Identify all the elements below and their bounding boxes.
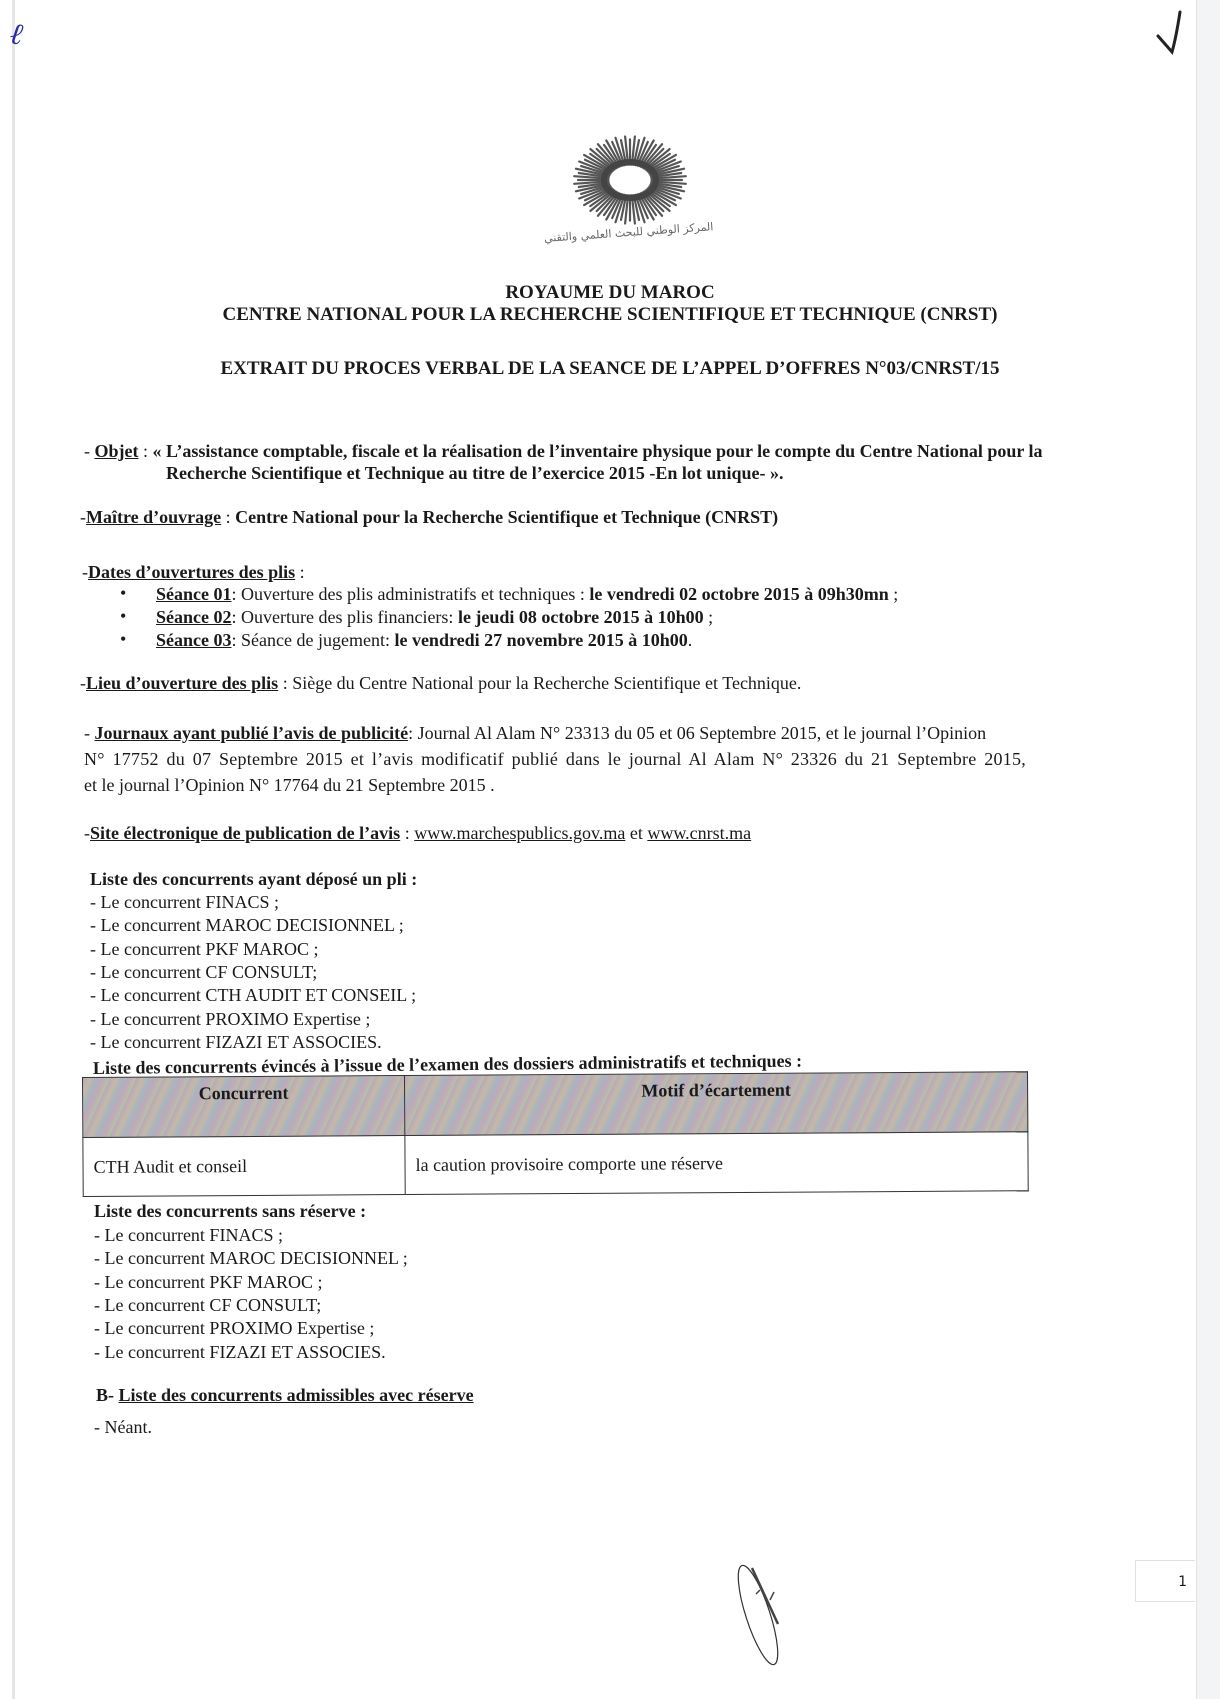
journaux-line2: N° 17752 du 07 Septembre 2015 et l’avis … xyxy=(84,748,1026,770)
list-item: - Le concurrent CF CONSULT; xyxy=(90,961,317,983)
scan-page-edge-left xyxy=(12,0,15,1699)
objet-section: - Objet : « L’assistance comptable, fisc… xyxy=(84,440,1043,462)
list-item: - Le concurrent FINACS ; xyxy=(94,1224,283,1246)
list-item: - Le concurrent PROXIMO Expertise ; xyxy=(94,1317,374,1339)
dates-section-label: -Dates d’ouvertures des plis : xyxy=(82,561,305,583)
objet-label: Objet xyxy=(95,441,139,461)
column-header-motif: Motif d’écartement xyxy=(404,1072,1027,1136)
header-institution: CENTRE NATIONAL POUR LA RECHERCHE SCIENT… xyxy=(0,304,1220,326)
objet-line2: Recherche Scientifique et Technique au t… xyxy=(166,462,783,484)
sans-reserve-title: Liste des concurrents sans réserve : xyxy=(94,1200,366,1222)
maitre-ouvrage-section: -Maître d’ouvrage : Centre National pour… xyxy=(80,506,778,528)
checkmark-icon xyxy=(1150,8,1190,58)
handwritten-initial-mark: ℓ xyxy=(8,17,25,52)
scan-page-edge-right xyxy=(1196,0,1220,1699)
link-marchespublics[interactable]: www.marchespublics.gov.ma xyxy=(414,823,625,843)
avec-reserve-title: B- Liste des concurrents admissibles ave… xyxy=(96,1384,474,1406)
handwritten-signature-icon xyxy=(730,1560,800,1670)
objet-line1: « L’assistance comptable, fiscale et la … xyxy=(153,441,1043,461)
list-item: - Le concurrent CTH AUDIT ET CONSEIL ; xyxy=(90,984,416,1006)
bullet-icon: • xyxy=(120,606,126,627)
bullet-icon: • xyxy=(120,629,126,650)
seance-item: Séance 02: Ouverture des plis financiers… xyxy=(156,606,713,628)
list-item: - Le concurrent FIZAZI ET ASSOCIES. xyxy=(94,1341,386,1363)
journaux-line1: : Journal Al Alam N° 23313 du 05 et 06 S… xyxy=(408,723,986,743)
lieu-section: -Lieu d’ouverture des plis : Siège du Ce… xyxy=(80,672,801,694)
list-item: - Le concurrent CF CONSULT; xyxy=(94,1294,321,1316)
cell-concurrent: CTH Audit et conseil xyxy=(83,1136,405,1197)
column-header-concurrent: Concurrent xyxy=(83,1076,405,1138)
cell-motif: la caution provisoire comporte une réser… xyxy=(405,1132,1028,1195)
lieu-label: Lieu d’ouverture des plis xyxy=(86,673,278,693)
header-country: ROYAUME DU MAROC xyxy=(0,282,1220,304)
link-cnrst[interactable]: www.cnrst.ma xyxy=(647,823,751,843)
evinces-table: Concurrent Motif d’écartement CTH Audit … xyxy=(82,1071,1029,1197)
site-label: Site électronique de publication de l’av… xyxy=(90,823,400,843)
list-item: - Le concurrent FIZAZI ET ASSOCIES. xyxy=(90,1031,382,1053)
avec-reserve-value: - Néant. xyxy=(94,1416,152,1438)
lieu-value: : Siège du Centre National pour la Reche… xyxy=(278,673,801,693)
journaux-label: Journaux ayant publié l’avis de publicit… xyxy=(95,723,409,743)
list-item: - Le concurrent PKF MAROC ; xyxy=(90,938,318,960)
maitre-ouvrage-label: Maître d’ouvrage xyxy=(86,507,221,527)
list-item: - Le concurrent PKF MAROC ; xyxy=(94,1271,322,1293)
table-row: CTH Audit et conseil la caution provisoi… xyxy=(83,1132,1028,1197)
list-item: - Le concurrent MAROC DECISIONNEL ; xyxy=(90,914,404,936)
journaux-section: - Journaux ayant publié l’avis de public… xyxy=(84,722,986,744)
list-item: - Le concurrent MAROC DECISIONNEL ; xyxy=(94,1247,408,1269)
list-item: - Le concurrent PROXIMO Expertise ; xyxy=(90,1008,370,1030)
list-item: - Le concurrent FINACS ; xyxy=(90,891,279,913)
seance-item: Séance 03: Séance de jugement: le vendre… xyxy=(156,629,692,651)
deposants-title: Liste des concurrents ayant déposé un pl… xyxy=(90,868,417,890)
journaux-line3: et le journal l’Opinion N° 17764 du 21 S… xyxy=(84,774,495,796)
document-title: EXTRAIT DU PROCES VERBAL DE LA SEANCE DE… xyxy=(0,358,1220,380)
page-number: 1 xyxy=(1135,1560,1195,1602)
maitre-ouvrage-value: Centre National pour la Recherche Scient… xyxy=(235,507,778,527)
site-section: -Site électronique de publication de l’a… xyxy=(84,822,751,844)
logo-arabic-caption: المركز الوطني للبحث العلمي والتقني xyxy=(519,218,742,283)
bullet-icon: • xyxy=(120,583,126,604)
seance-item: Séance 01: Ouverture des plis administra… xyxy=(156,583,898,605)
